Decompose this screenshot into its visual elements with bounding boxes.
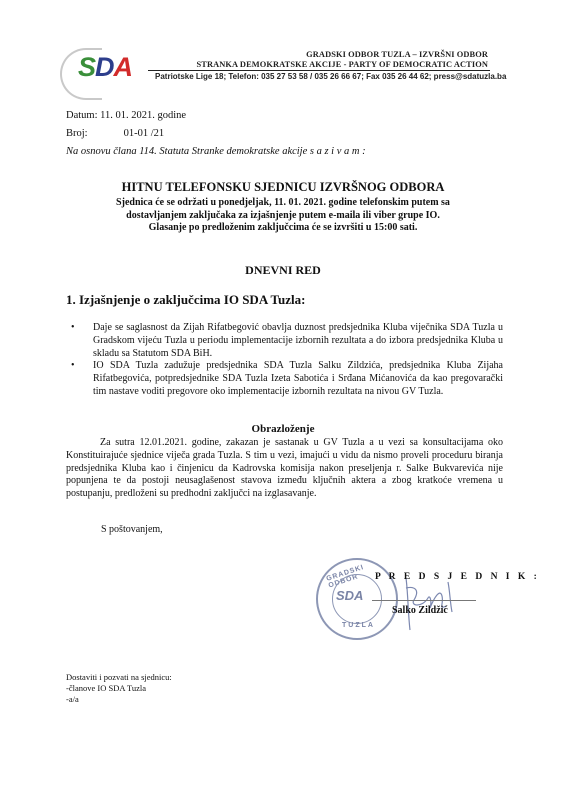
- document-subtitle: Sjednica će se održati u ponedjeljak, 11…: [0, 197, 566, 235]
- agenda-title: DNEVNI RED: [0, 263, 566, 278]
- sda-logo: SDA: [60, 48, 150, 98]
- president-title: P R E D S J E D N I K :: [375, 572, 540, 582]
- president-name: Salko Zildžić: [392, 605, 448, 616]
- agenda-bullets: Daje se saglasnost da Zijah Rifatbegović…: [68, 322, 503, 399]
- distribution-archive: -a/a: [66, 694, 79, 705]
- closing-regards: S poštovanjem,: [101, 524, 163, 535]
- logo-wordmark: SDA: [78, 54, 132, 81]
- explanation-body: Za sutra 12.01.2021. godine, zakazan je …: [66, 437, 503, 501]
- distribution-label: Dostaviti i pozvati na sjednicu:: [66, 672, 172, 683]
- logo-letter-d: D: [95, 52, 114, 82]
- stamp-logo: SDA: [336, 588, 363, 603]
- distribution-recipient: -članove IO SDA Tuzla: [66, 683, 146, 694]
- bullet-item: Daje se saglasnost da Zijah Rifatbegović…: [68, 322, 503, 360]
- legal-basis: Na osnovu člana 114. Statuta Stranke dem…: [66, 146, 366, 157]
- document-title: HITNU TELEFONSKU SJEDNICU IZVRŠNOG ODBOR…: [0, 180, 566, 195]
- letterhead-divider: [148, 70, 490, 71]
- document-number-value: 01-01 /21: [124, 128, 165, 139]
- logo-letter-s: S: [78, 52, 95, 82]
- official-stamp: GRADSKI ODBOR SDA TUZLA: [316, 558, 398, 640]
- subtitle-line: Sjednica će se održati u ponedjeljak, 11…: [0, 197, 566, 210]
- agenda-item-1: 1. Izjašnjenje o zaključcima IO SDA Tuzl…: [66, 292, 305, 308]
- bullet-item: IO SDA Tuzla zadužuje predsjednika SDA T…: [68, 360, 503, 398]
- stamp-bottom-text: TUZLA: [342, 622, 375, 629]
- document-number-label: Broj:: [66, 128, 88, 139]
- subtitle-line: Glasanje po predloženim zaključcima će s…: [0, 222, 566, 235]
- letterhead-contact: Patriotske Lige 18; Telefon: 035 27 53 5…: [155, 72, 506, 81]
- document-date: Datum: 11. 01. 2021. godine: [66, 110, 186, 121]
- letterhead-org: GRADSKI ODBOR TUZLA – IZVRŠNI ODBOR: [306, 50, 488, 59]
- logo-letter-a: A: [114, 52, 133, 82]
- signature-line: [372, 600, 476, 601]
- subtitle-line: dostavljanjem zaključaka za izjašnjenje …: [0, 210, 566, 223]
- explanation-title: Obrazloženje: [0, 423, 566, 435]
- letterhead-party: STRANKA DEMOKRATSKE AKCIJE - PARTY OF DE…: [197, 60, 488, 69]
- document-number: Broj:01-01 /21: [66, 128, 164, 139]
